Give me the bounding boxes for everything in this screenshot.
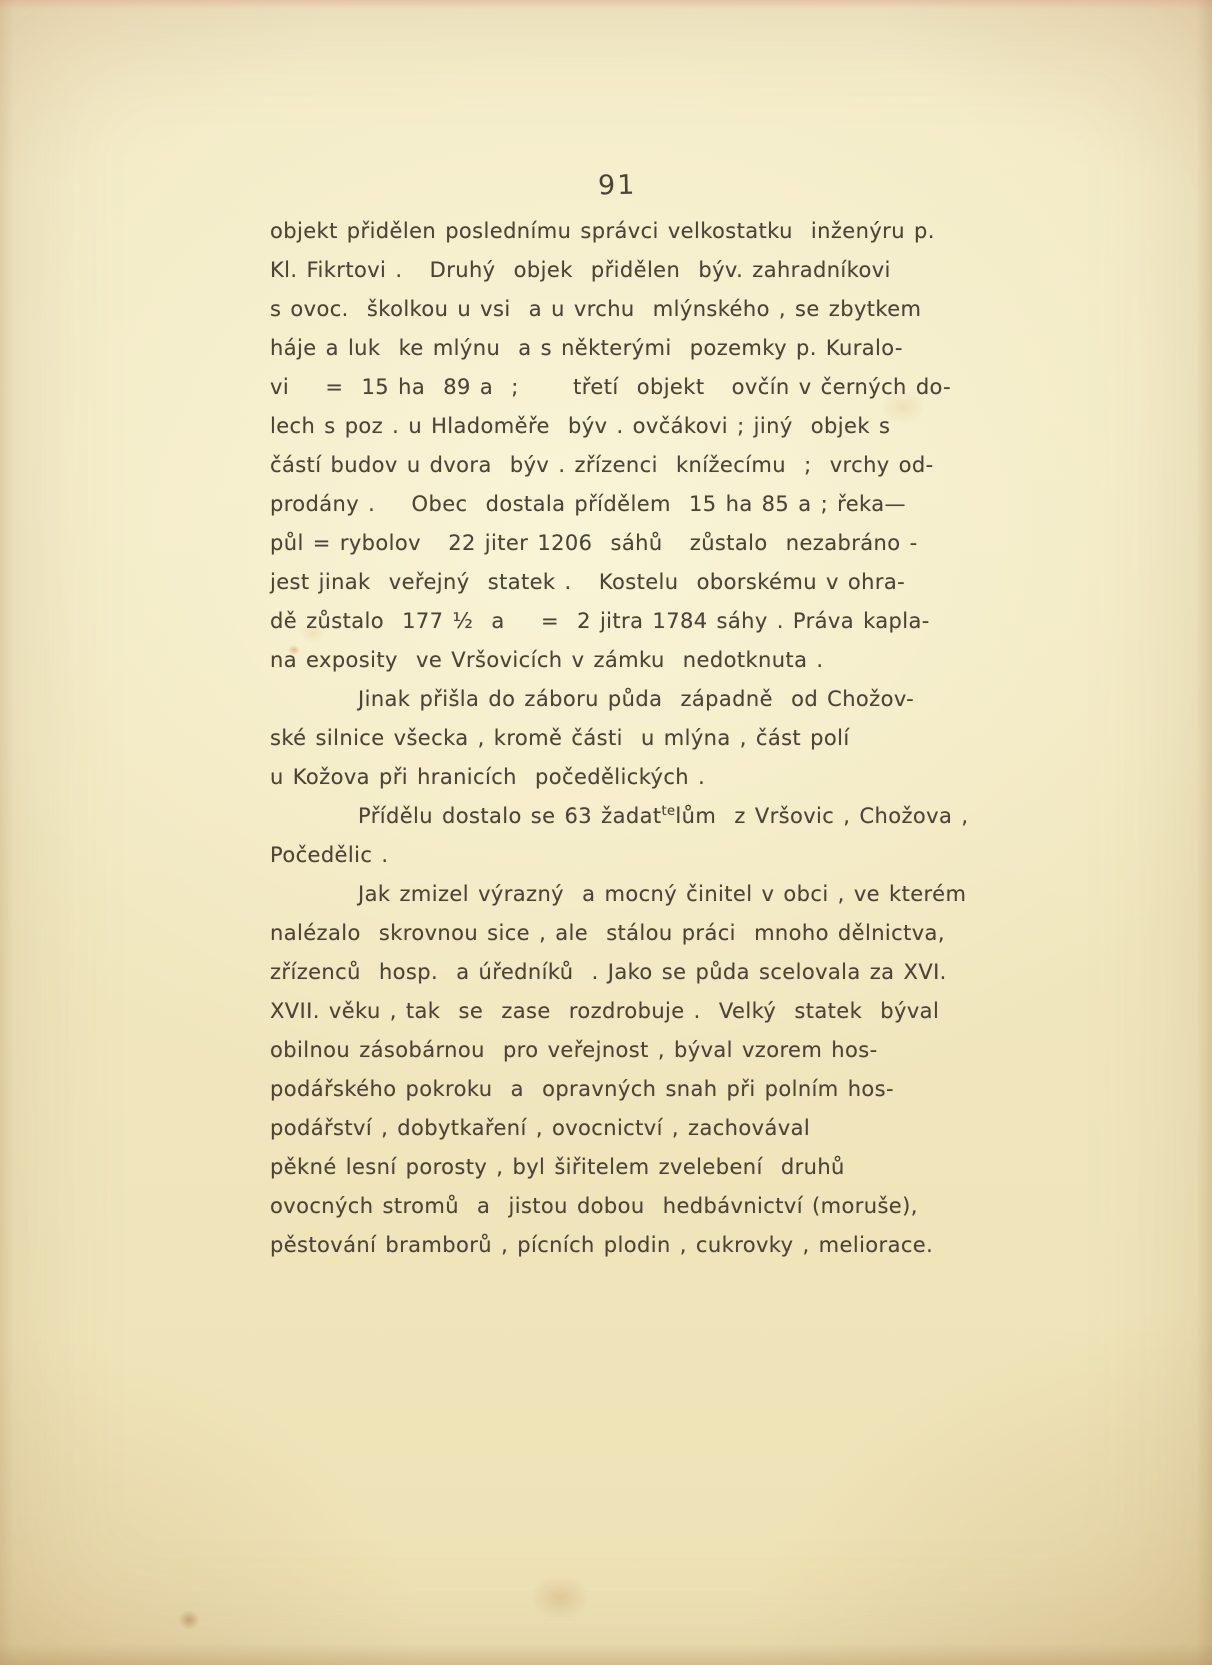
text-line: dě zůstalo 177 ½ a = 2 jitra 1784 sáhy .…	[270, 602, 1015, 641]
text-line: ovocných stromů a jistou dobou hedbávnic…	[270, 1187, 1015, 1226]
page-edge-shade-left	[0, 0, 14, 1665]
text-line: půl = rybolov 22 jiter 1206 sáhů zůstalo…	[270, 524, 1015, 563]
text-line: obilnou zásobárnou pro veřejnost , býval…	[270, 1031, 1015, 1070]
text-line: objekt přidělen poslednímu správci velko…	[270, 212, 1015, 251]
text-line: nalézalo skrovnou sice , ale stálou prác…	[270, 914, 1015, 953]
text-line: pěstování bramborů , pícních plodin , cu…	[270, 1226, 1015, 1265]
manuscript-page: 91 objekt přidělen poslednímu správci ve…	[0, 0, 1212, 1665]
text-line: podářského pokroku a opravných snah při …	[270, 1070, 1015, 1109]
text-line: podářství , dobytkaření , ovocnictví , z…	[270, 1109, 1015, 1148]
page-edge-shade-right	[1196, 0, 1212, 1665]
text-line: Počedělic .	[270, 836, 1015, 875]
text-line: zřízenců hosp. a úředníků . Jako se půda…	[270, 953, 1015, 992]
page-edge-shade-bottom	[0, 1643, 1212, 1665]
paper-stain	[530, 1575, 590, 1621]
text-line: s ovoc. školkou u vsi a u vrchu mlýnskéh…	[270, 290, 1015, 329]
text-line: Jinak přišla do záboru půda západně od C…	[270, 680, 1015, 719]
text-line: vi = 15 ha 89 a ; třetí objekt ovčín v č…	[270, 368, 1015, 407]
text-line: částí budov u dvora býv . zřízenci kníže…	[270, 446, 1015, 485]
text-line: pěkné lesní porosty , byl šiřitelem zvel…	[270, 1148, 1015, 1187]
inserted-correction: te	[661, 804, 675, 819]
text-segment: Přídělu dostalo se 63 žadat	[358, 804, 661, 828]
text-line: Kl. Fikrtovi . Druhý objek přidělen býv.…	[270, 251, 1015, 290]
page-number: 91	[598, 170, 637, 202]
text-line: na exposity ve Vršovicích v zámku nedotk…	[270, 641, 1015, 680]
text-line: lech s poz . u Hladoměře býv . ovčákovi …	[270, 407, 1015, 446]
text-line: jest jinak veřejný statek . Kostelu obor…	[270, 563, 1015, 602]
text-line: u Kožova při hranicích počedělických .	[270, 758, 1015, 797]
page-edge-tint-top	[0, 0, 1212, 9]
text-line: ské silnice všecka , kromě části u mlýna…	[270, 719, 1015, 758]
text-segment: lům z Vršovic , Chožova ,	[675, 804, 968, 828]
text-line: Přídělu dostalo se 63 žadattelům z Vršov…	[270, 797, 1015, 836]
text-line: Jak zmizel výrazný a mocný činitel v obc…	[270, 875, 1015, 914]
paper-stain	[178, 1610, 200, 1630]
text-line: háje a luk ke mlýnu a s některými pozemk…	[270, 329, 1015, 368]
handwritten-text-block: objekt přidělen poslednímu správci velko…	[270, 212, 1015, 1265]
text-line: prodány . Obec dostala přídělem 15 ha 85…	[270, 485, 1015, 524]
text-line: XVII. věku , tak se zase rozdrobuje . Ve…	[270, 992, 1015, 1031]
